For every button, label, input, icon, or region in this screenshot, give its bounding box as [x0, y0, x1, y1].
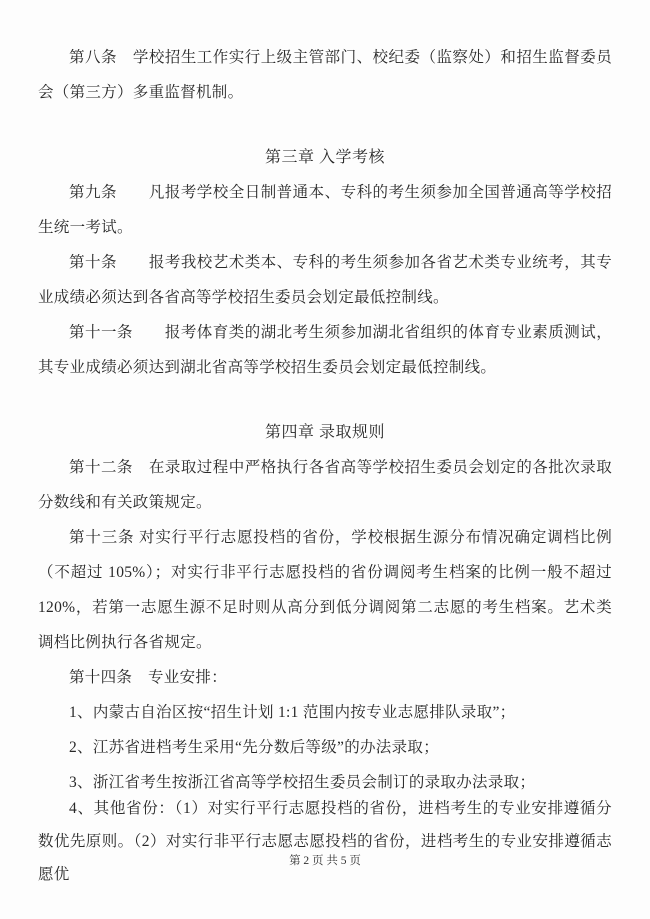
paragraph: 第八条 学校招生工作实行上级主管部门、校纪委（监察处）和招生监督委员会（第三方）… — [38, 40, 612, 110]
chapter-heading: 第四章 录取规则 — [38, 415, 612, 450]
paragraph: 第十三条 对实行平行志愿投档的省份，学校根据生源分布情况确定调档比例（不超过 1… — [38, 520, 612, 660]
paragraph: 第十二条 在录取过程中严格执行各省高等学校招生委员会划定的各批次录取分数线和有关… — [38, 450, 612, 520]
paragraph: 4、其他省份：（1）对实行平行志愿投档的省份，进档考生的专业安排遵循分数优先原则… — [38, 792, 612, 891]
document-body: 第八条 学校招生工作实行上级主管部门、校纪委（监察处）和招生监督委员会（第三方）… — [38, 40, 612, 891]
document-page: 第八条 学校招生工作实行上级主管部门、校纪委（监察处）和招生监督委员会（第三方）… — [0, 0, 650, 919]
paragraph: 第十条 报考我校艺术类本、专科的考生须参加各省艺术类专业统考，其专业成绩必须达到… — [38, 245, 612, 315]
paragraph: 1、内蒙古自治区按“招生计划 1:1 范围内按专业志愿排队录取”； — [38, 695, 612, 730]
paragraph: 第十一条 报考体育类的湖北考生须参加湖北省组织的体育专业素质测试，其专业成绩必须… — [38, 315, 612, 385]
chapter-heading: 第三章 入学考核 — [38, 140, 612, 175]
paragraph: 2、江苏省进档考生采用“先分数后等级”的办法录取； — [38, 730, 612, 765]
paragraph: 第十四条 专业安排： — [38, 660, 612, 695]
paragraph: 第九条 凡报考学校全日制普通本、专科的考生须参加全国普通高等学校招生统一考试。 — [38, 175, 612, 245]
page-number: 第 2 页 共 5 页 — [0, 852, 650, 868]
